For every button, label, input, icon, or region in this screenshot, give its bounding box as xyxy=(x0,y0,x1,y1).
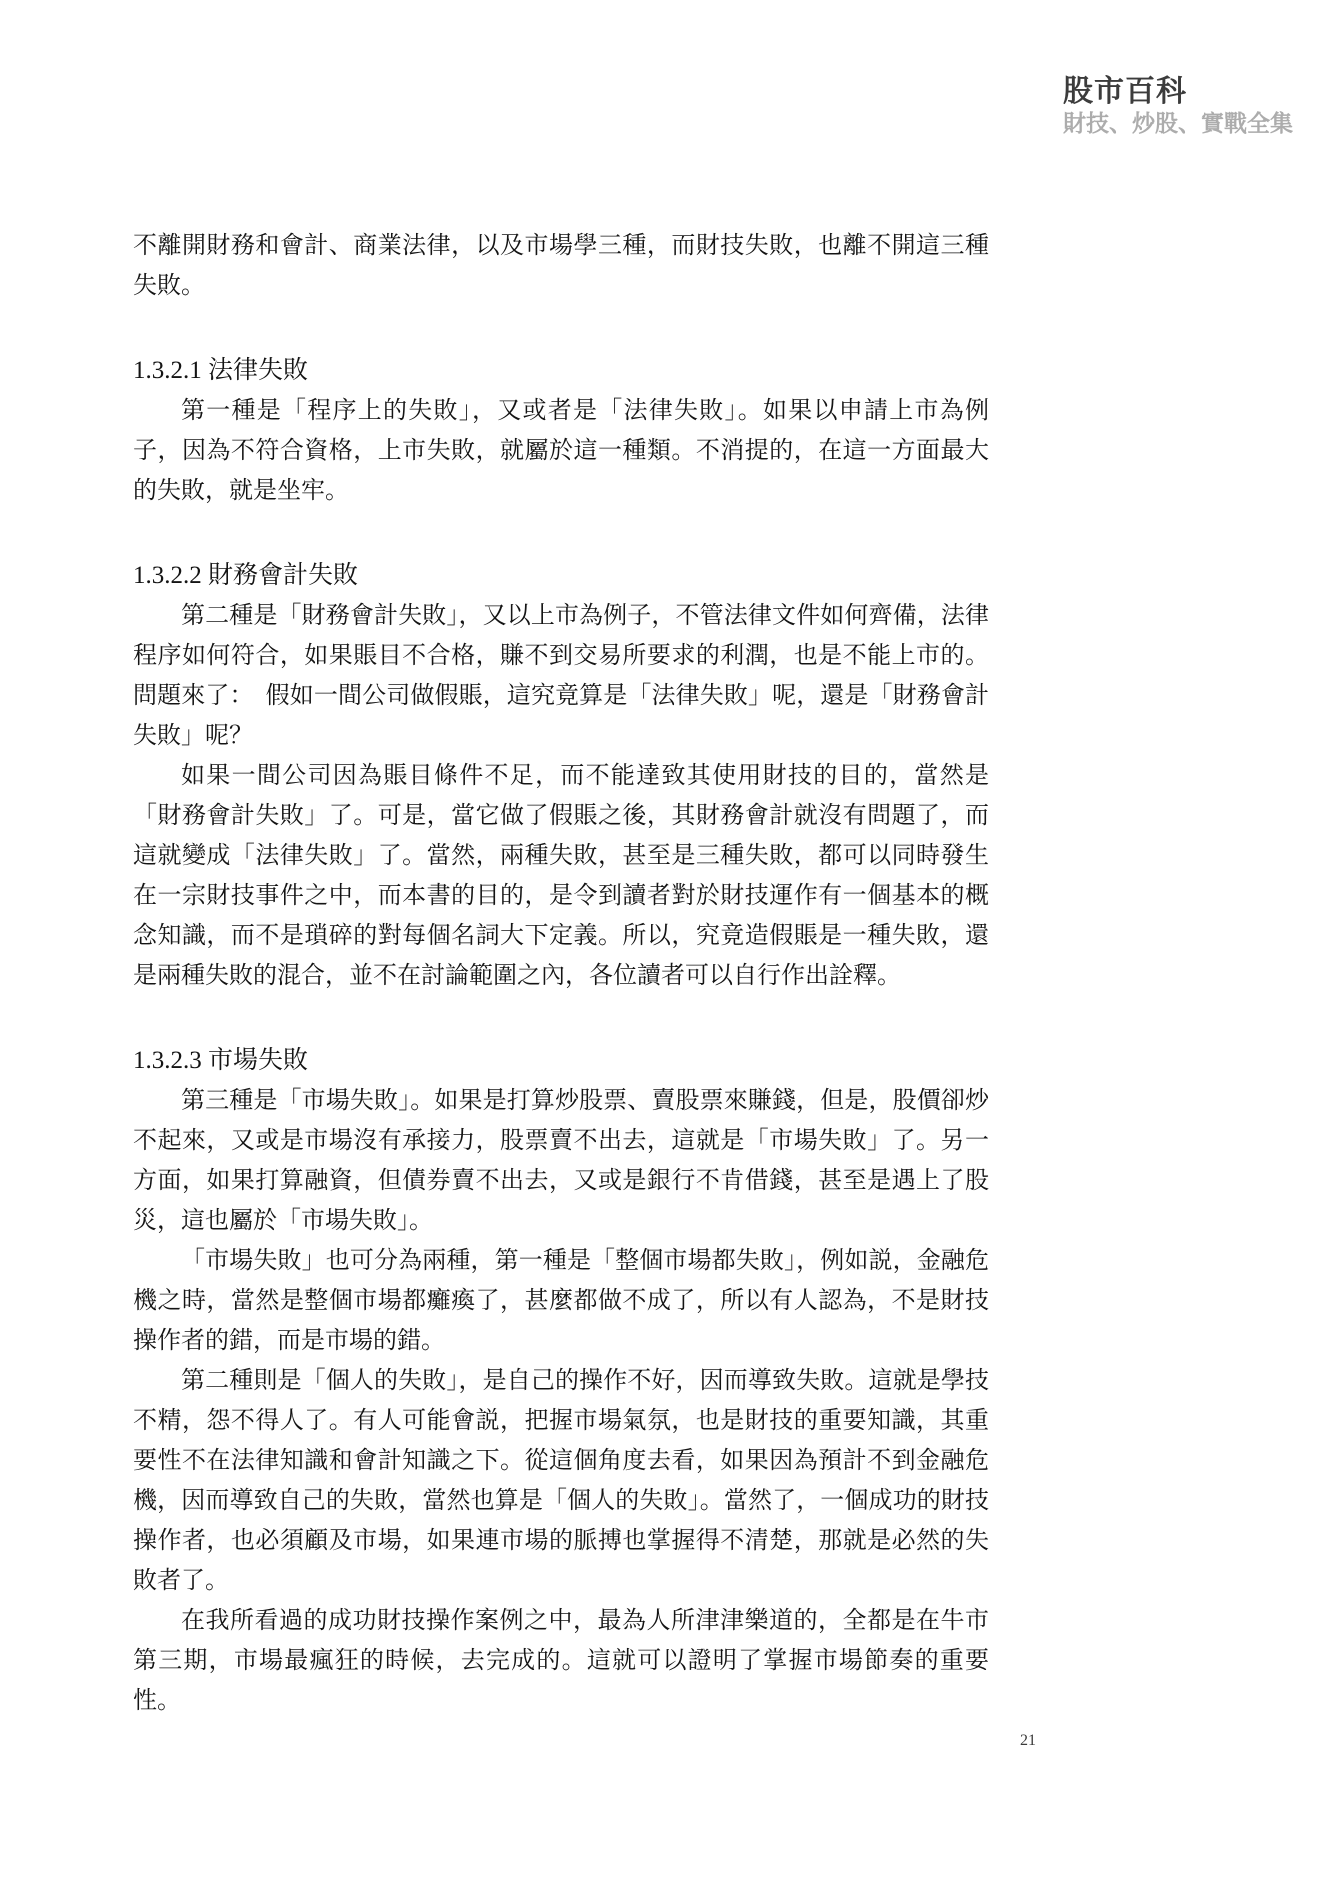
section-heading-1-3-2-3: 1.3.2.3 市場失敗 xyxy=(133,1041,989,1081)
page-number: 21 xyxy=(1020,1732,1036,1750)
book-page: 股市百科 財技、炒股、實戰全集 不離開財務和會計、商業法律，以及市場學三種，而財… xyxy=(0,0,1339,1890)
paragraph: 第三種是「市場失敗」。如果是打算炒股票、賣股票來賺錢，但是，股價卻炒不起來，又或… xyxy=(133,1081,989,1241)
paragraph: 在我所看過的成功財技操作案例之中，最為人所津津樂道的，全都是在牛市第三期，市場最… xyxy=(133,1601,989,1721)
intro-paragraph: 不離開財務和會計、商業法律，以及市場學三種，而財技失敗，也離不開這三種失敗。 xyxy=(133,226,989,306)
page-body: 不離開財務和會計、商業法律，以及市場學三種，而財技失敗，也離不開這三種失敗。 1… xyxy=(133,226,989,1721)
paragraph: 第二種則是「個人的失敗」，是自己的操作不好，因而導致失敗。這就是學技不精，怨不得… xyxy=(133,1361,989,1601)
paragraph: 如果一間公司因為賬目條件不足，而不能達致其使用財技的目的，當然是「財務會計失敗」… xyxy=(133,756,989,996)
section-heading-1-3-2-1: 1.3.2.1 法律失敗 xyxy=(133,351,989,391)
paragraph: 第二種是「財務會計失敗」，又以上市為例子，不管法律文件如何齊備，法律程序如何符合… xyxy=(133,596,989,756)
paragraph: 「市場失敗」也可分為兩種，第一種是「整個市場都失敗」，例如説，金融危機之時，當然… xyxy=(133,1241,989,1361)
page-header: 股市百科 財技、炒股、實戰全集 xyxy=(1063,76,1293,136)
paragraph: 第一種是「程序上的失敗」，又或者是「法律失敗」。如果以申請上市為例子，因為不符合… xyxy=(133,391,989,511)
book-subtitle: 財技、炒股、實戰全集 xyxy=(1063,111,1293,136)
section-heading-1-3-2-2: 1.3.2.2 財務會計失敗 xyxy=(133,556,989,596)
book-title: 股市百科 xyxy=(1063,76,1293,108)
